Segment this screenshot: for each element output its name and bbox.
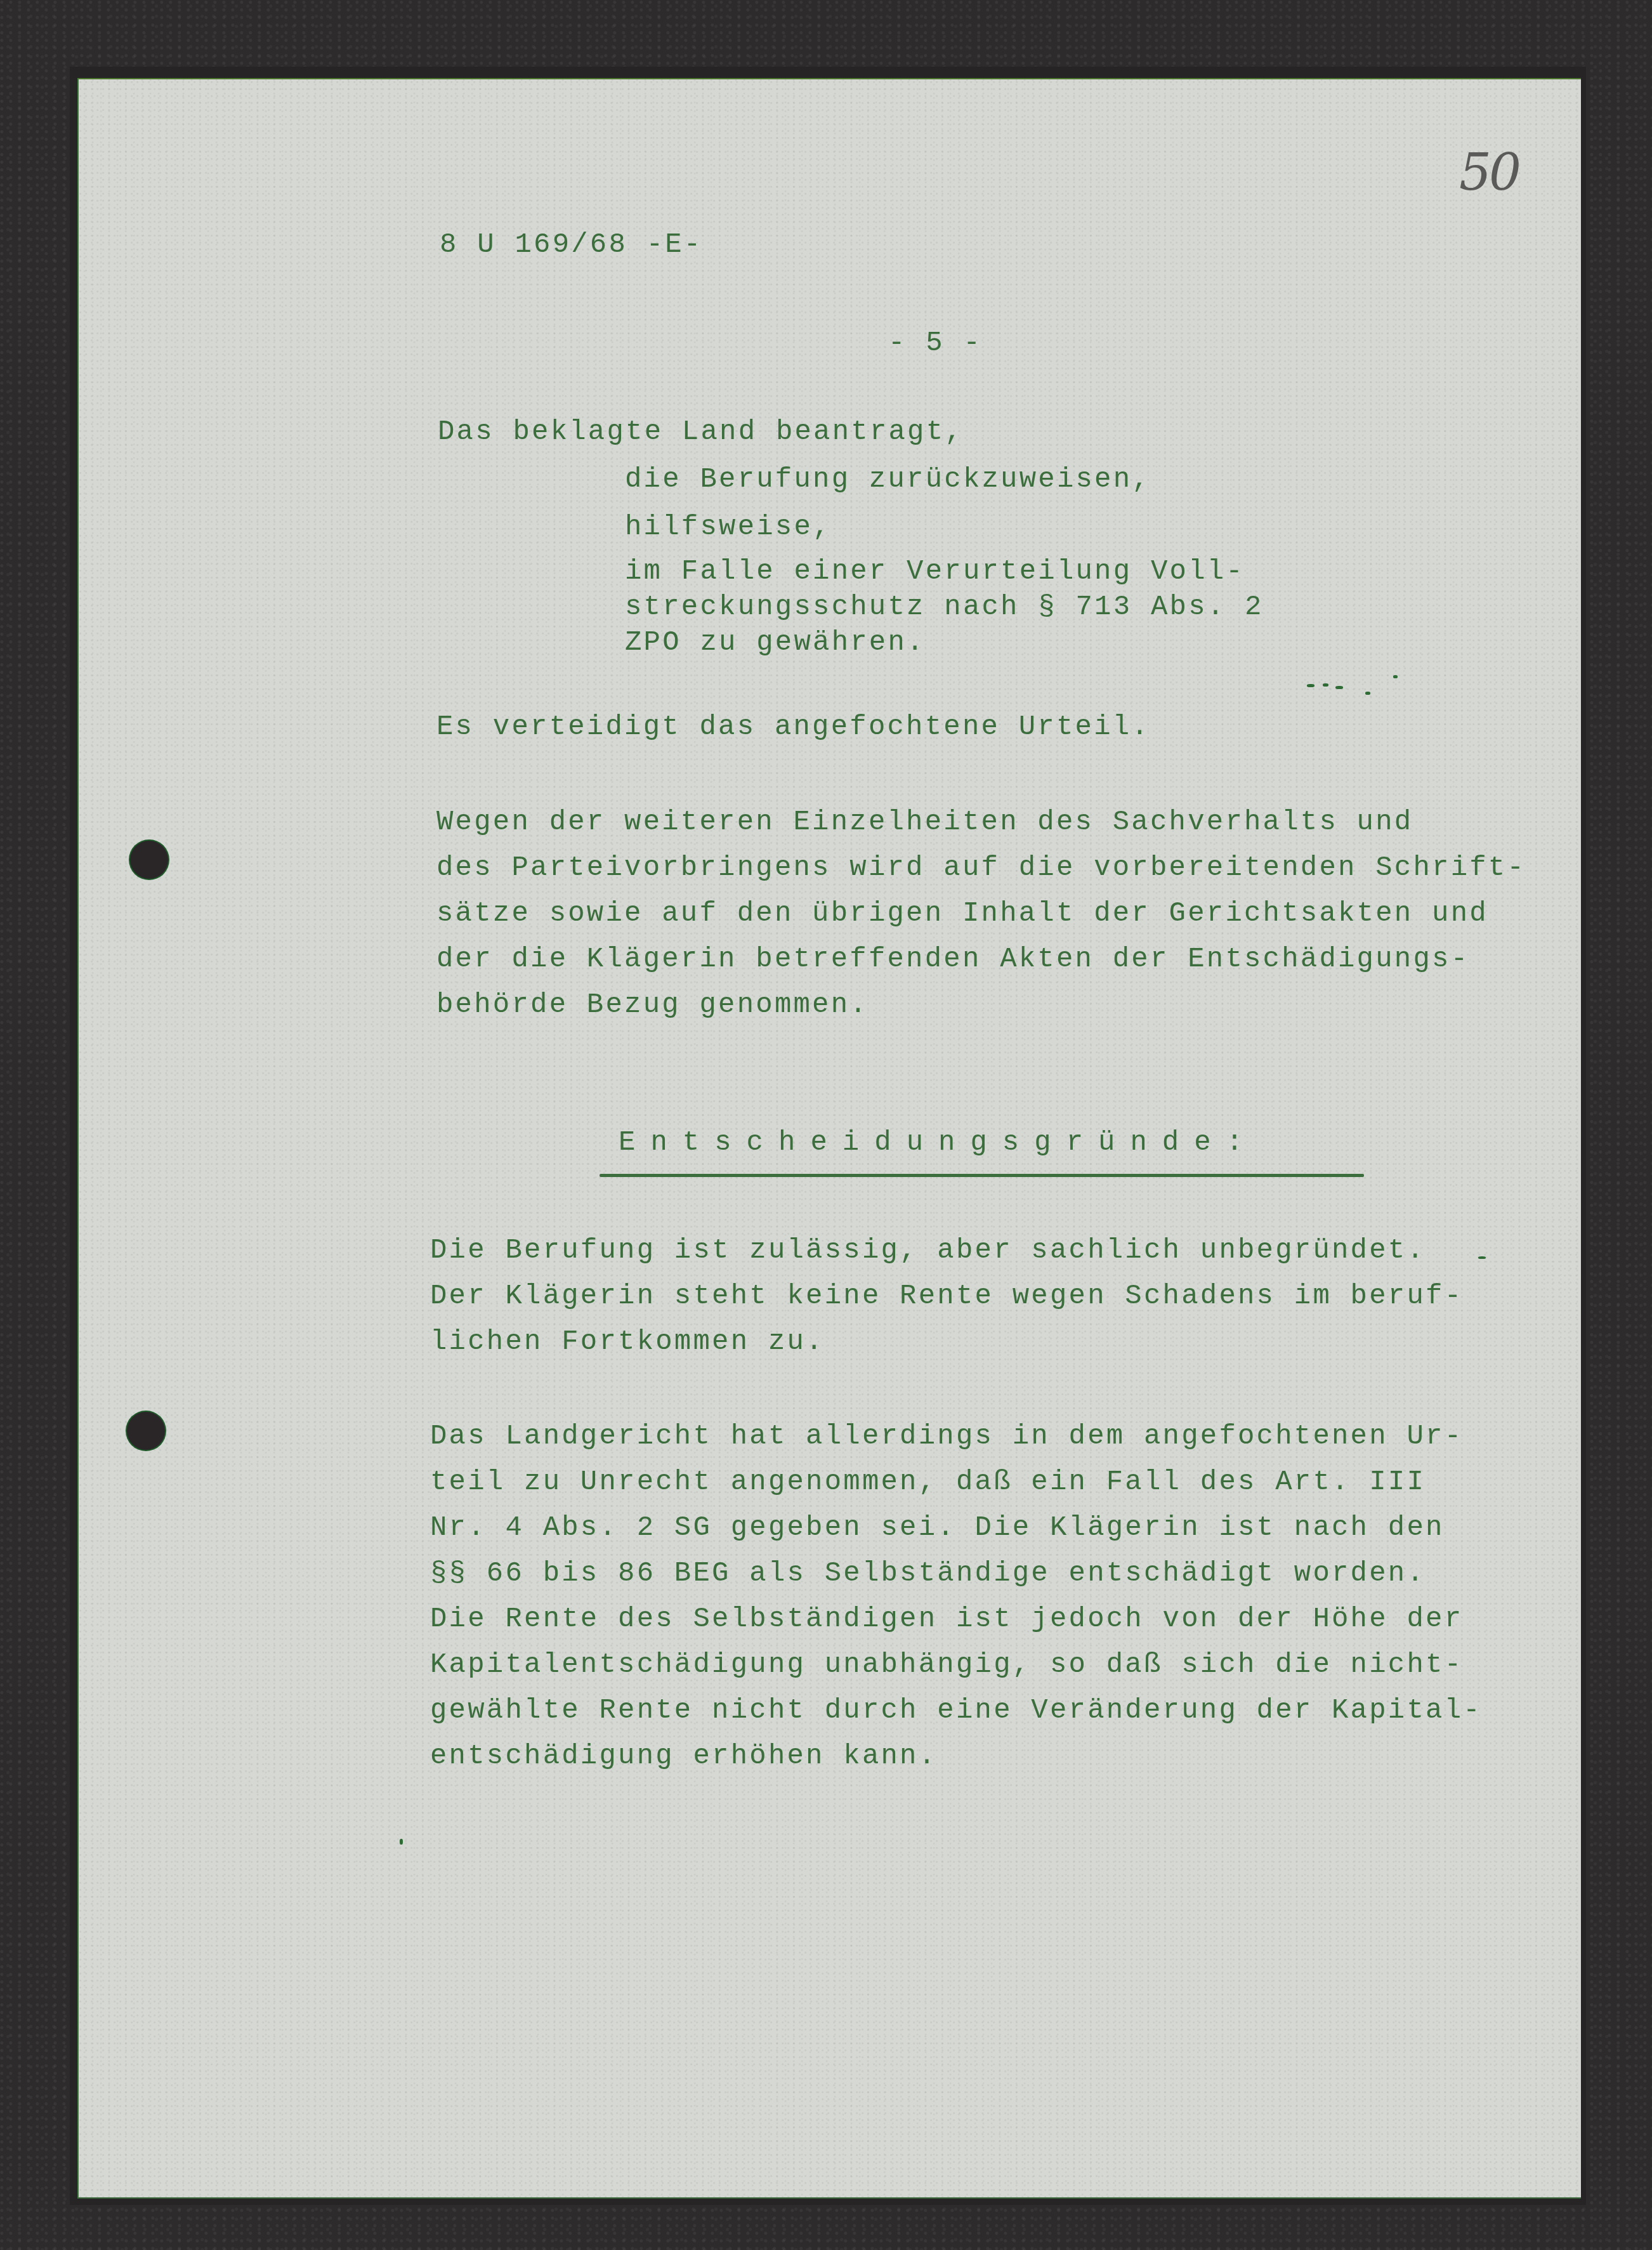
paragraph-line: Kapitalentschädigung unabhängig, so daß … (430, 1642, 1463, 1688)
motion-item: hilfsweise, (625, 504, 832, 550)
paragraph-line: Nr. 4 Abs. 2 SG gegeben sei. Die Klägeri… (430, 1505, 1445, 1551)
ink-speck (1393, 675, 1398, 678)
paragraph-line: behörde Bezug genommen. (436, 982, 869, 1028)
paragraph-line: entschädigung erhöhen kann. (430, 1734, 937, 1779)
ink-speck (1365, 692, 1370, 695)
page-number: - 5 - (888, 320, 982, 366)
motion-item: die Berufung zurückzuweisen, (625, 457, 1151, 503)
paragraph-line: Die Rente des Selbständigen ist jedoch v… (430, 1596, 1463, 1642)
motion-item: im Falle einer Verurteilung Voll- (625, 554, 1245, 589)
paragraph-line: gewählte Rente nicht durch eine Veränder… (430, 1688, 1482, 1734)
paragraph-line: der die Klägerin betreffenden Akten der … (436, 937, 1469, 982)
motion-intro: Das beklagte Land beantragt, (438, 409, 964, 455)
paragraph-defense: Es verteidigt das angefochtene Urteil. (436, 704, 1150, 750)
paragraph-line: §§ 66 bis 86 BEG als Selbständige entsch… (430, 1551, 1426, 1596)
ink-speck (1335, 686, 1343, 689)
paragraph-line: sätze sowie auf den übrigen Inhalt der G… (436, 891, 1488, 937)
motion-item: ZPO zu gewähren. (625, 625, 926, 661)
motion-item: streckungsschutz nach § 713 Abs. 2 (625, 589, 1264, 625)
ink-speck (1478, 1256, 1486, 1259)
heading-underline (600, 1174, 1364, 1177)
punch-hole-upper (130, 841, 168, 879)
paragraph-line: des Parteivorbringens wird auf die vorbe… (436, 845, 1526, 891)
ink-speck (1307, 684, 1314, 687)
paragraph-line: Der Klägerin steht keine Rente wegen Sch… (430, 1273, 1463, 1319)
paragraph-line: Das Landgericht hat allerdings in dem an… (430, 1414, 1463, 1459)
section-heading: Entscheidungsgründe: (619, 1120, 1258, 1166)
handwritten-folio-number: 50 (1459, 143, 1519, 202)
ink-speck (400, 1839, 403, 1845)
case-reference: 8 U 169/68 -E- (440, 222, 702, 268)
paragraph-line: teil zu Unrecht angenommen, daß ein Fall… (430, 1459, 1426, 1505)
paragraph-line: Wegen der weiteren Einzelheiten des Sach… (436, 799, 1413, 845)
punch-hole-lower (127, 1412, 165, 1450)
ink-speck (1323, 683, 1328, 687)
paragraph-line: Die Berufung ist zulässig, aber sachlich… (430, 1228, 1426, 1273)
paragraph-line: lichen Fortkommen zu. (430, 1319, 825, 1365)
